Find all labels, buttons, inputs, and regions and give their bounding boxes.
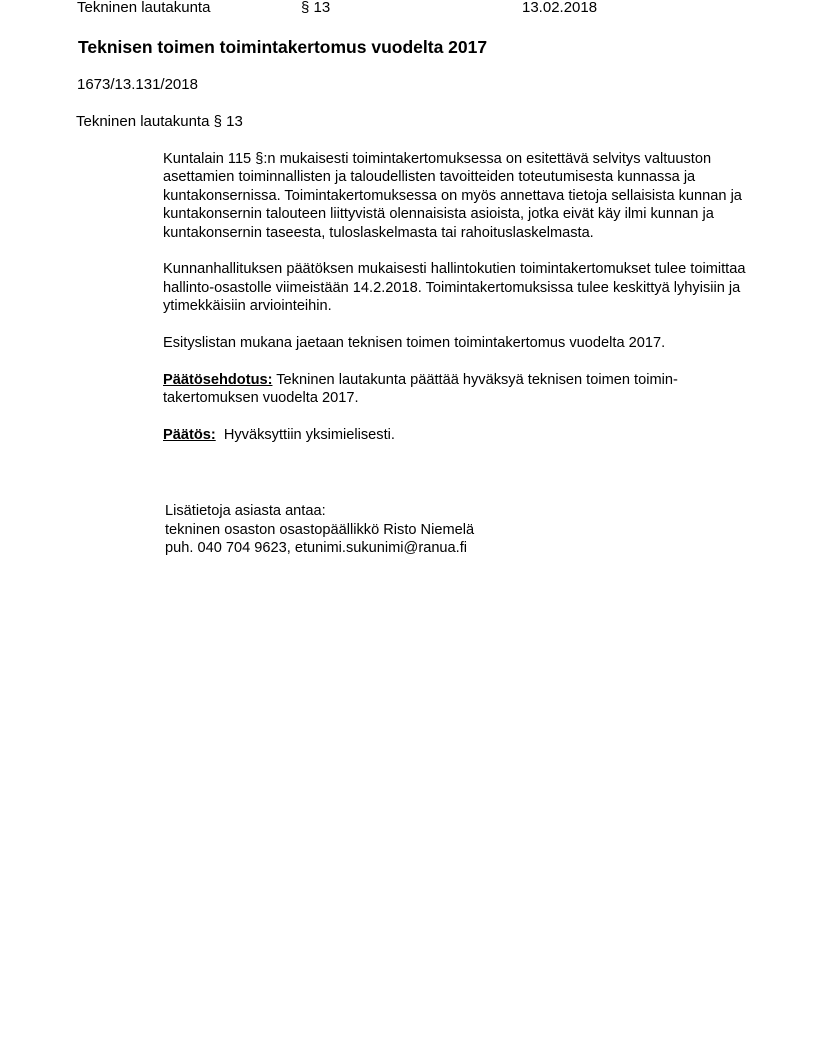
header-section: § 13: [301, 0, 330, 16]
contact-info: Lisätietoja asiasta antaa: tekninen osas…: [165, 502, 474, 558]
decision-label: Päätös:: [163, 427, 216, 443]
paragraph-attachment: Esityslistan mukana jaetaan teknisen toi…: [163, 334, 753, 352]
contact-person: tekninen osaston osastopäällikkö Risto N…: [165, 521, 474, 540]
paragraph-deadline: Kunnanhallituksen päätöksen mukaisesti h…: [163, 260, 753, 315]
header-committee: Tekninen lautakunta: [77, 0, 210, 16]
contact-details: puh. 040 704 9623, etunimi.sukunimi@ranu…: [165, 539, 474, 558]
document-title: Teknisen toimen toimintakertomus vuodelt…: [78, 37, 487, 58]
document-body: Kuntalain 115 §:n mukaisesti toimintaker…: [163, 150, 753, 463]
proposal: Päätösehdotus: Tekninen lautakunta päätt…: [163, 371, 753, 408]
proposal-label: Päätösehdotus:: [163, 372, 272, 388]
paragraph-legal-basis: Kuntalain 115 §:n mukaisesti toimintaker…: [163, 150, 753, 242]
contact-intro: Lisätietoja asiasta antaa:: [165, 502, 474, 521]
decision-text: Hyväksyttiin yksimielisesti.: [216, 427, 395, 443]
reference-number: 1673/13.131/2018: [77, 76, 198, 93]
section-heading: Tekninen lautakunta § 13: [76, 113, 243, 130]
decision: Päätös: Hyväksyttiin yksimielisesti.: [163, 426, 753, 444]
header-date: 13.02.2018: [522, 0, 597, 16]
